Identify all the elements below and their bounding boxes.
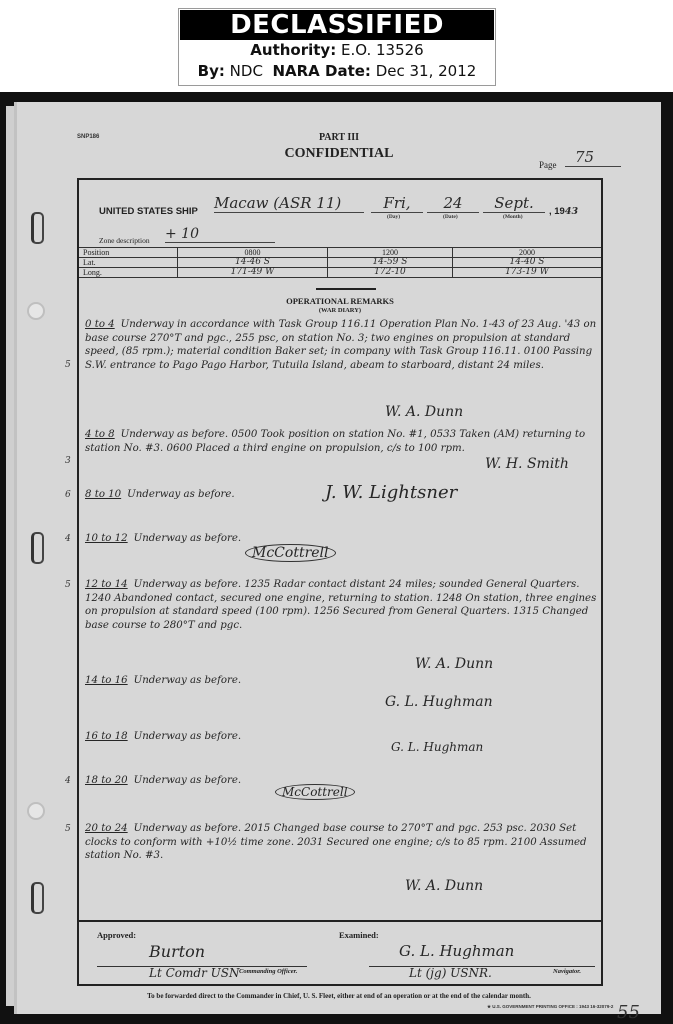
declassified-stamp: DECLASSIFIED Authority: E.O. 13526 By: N…: [178, 8, 496, 86]
watch-period: 0 to 4: [85, 319, 115, 330]
co-caption: Commanding Officer.: [239, 968, 297, 975]
navigator-rank: Lt (jg) USNR.: [409, 966, 492, 980]
by-label: By:: [198, 62, 225, 80]
commanding-officer-signature: Burton: [149, 942, 205, 961]
margin-count: 5: [65, 360, 71, 370]
approved-label: Approved:: [97, 930, 136, 940]
page-number: 75: [565, 148, 621, 167]
nara-date-label: NARA Date:: [272, 62, 370, 80]
entry-text: Underway as before.: [134, 675, 242, 686]
watch-officer-signature: G. L. Hughman: [391, 740, 483, 754]
watch-period: 4 to 8: [85, 429, 115, 440]
scanned-page: SNP186 PART III CONFIDENTIAL Page 75 UNI…: [0, 92, 673, 1024]
navigator-signature: G. L. Hughman: [399, 942, 514, 960]
watch-officer-signature: McCottrell: [245, 544, 336, 562]
lat-0800: 14-46 S: [178, 258, 328, 268]
watch-officer-signature: G. L. Hughman: [385, 694, 493, 710]
margin-count: 3: [65, 456, 71, 466]
position-table: Position 0800 1200 2000 Lat. 14-46 S 14-…: [79, 247, 601, 278]
watch-officer-signature: W. H. Smith: [485, 456, 569, 472]
diary-entry: 16 to 18Underway as before.: [85, 730, 597, 744]
entry-text: Underway as before. 0500 Took position o…: [85, 429, 585, 454]
ship-date: 24: [427, 194, 479, 213]
watch-officer-signature: W. A. Dunn: [405, 878, 483, 894]
examined-label: Examined:: [339, 930, 379, 940]
watch-period: 12 to 14: [85, 579, 128, 590]
nara-date-value: Dec 31, 2012: [376, 62, 477, 80]
margin-count: 4: [65, 534, 71, 544]
diary-entry: 14 to 16Underway as before.: [85, 674, 597, 688]
diary-entry: 10 to 12Underway as before.: [85, 532, 597, 546]
punch-hole-icon: [27, 302, 45, 320]
watch-period: 8 to 10: [85, 489, 121, 500]
diary-entry: 12 to 14Underway as before. 1235 Radar c…: [85, 578, 597, 632]
ship-month: Sept.: [483, 194, 545, 213]
time-header-2000: 2000: [452, 248, 601, 258]
forwarding-instruction: To be forwarded direct to the Commander …: [17, 992, 661, 1000]
ship-year: , 1943: [549, 206, 578, 217]
watch-officer-signature: W. A. Dunn: [415, 656, 493, 672]
long-label: Long.: [79, 268, 178, 278]
entry-text: Underway as before.: [134, 533, 242, 544]
diary-entry: 4 to 8Underway as before. 0500 Took posi…: [85, 428, 597, 455]
approval-section: Approved: Examined: Burton Lt Comdr USN …: [79, 920, 601, 986]
watch-period: 16 to 18: [85, 731, 128, 742]
ship-label: UNITED STATES SHIP: [99, 206, 198, 217]
stamp-authority: Authority: E.O. 13526: [179, 40, 495, 61]
stamp-by-date: By: NDC NARA Date: Dec 31, 2012: [179, 61, 495, 82]
table-header-row: Position 0800 1200 2000: [79, 248, 601, 258]
archive-number: 55: [617, 1002, 640, 1023]
remarks-subtitle: (WAR DIARY): [79, 307, 601, 314]
entry-text: Underway as before. 1235 Radar contact d…: [85, 579, 596, 631]
zone-value: + 10: [165, 226, 275, 243]
diary-entry: 20 to 24Underway as before. 2015 Changed…: [85, 822, 597, 863]
lat-1200: 14-59 S: [327, 258, 452, 268]
zone-label: Zone description: [99, 236, 150, 245]
margin-count: 5: [65, 580, 71, 590]
authority-value: E.O. 13526: [341, 41, 424, 59]
entry-text: Underway as before.: [134, 775, 242, 786]
margin-count: 4: [65, 776, 71, 786]
long-2000: 173-19 W: [452, 268, 601, 278]
divider: [316, 288, 376, 290]
co-signature-line: [97, 966, 307, 967]
date-caption: (Date): [443, 214, 458, 220]
long-0800: 171-49 W: [178, 268, 328, 278]
entry-text: Underway as before. 2015 Changed base co…: [85, 823, 587, 861]
lat-label: Lat.: [79, 258, 178, 268]
binder-clip-icon: [31, 212, 44, 244]
watch-period: 20 to 24: [85, 823, 128, 834]
table-row: Long. 171-49 W 172-10 173-19 W: [79, 268, 601, 278]
binder-clip-icon: [31, 532, 44, 564]
navigator-signature-line: [369, 966, 595, 967]
watch-officer-signature: J. W. Lightsner: [325, 482, 457, 503]
page-label: Page: [539, 160, 557, 170]
position-header: Position: [79, 248, 178, 258]
watch-period: 14 to 16: [85, 675, 128, 686]
month-caption: (Month): [503, 214, 523, 220]
war-diary-form: SNP186 PART III CONFIDENTIAL Page 75 UNI…: [14, 102, 661, 1014]
form-frame: UNITED STATES SHIP Macaw (ASR 11) Fri, 2…: [77, 178, 603, 986]
ship-day: Fri,: [371, 194, 423, 213]
entry-text: Underway as before.: [127, 489, 235, 500]
authority-label: Authority:: [250, 41, 336, 59]
time-header-1200: 1200: [327, 248, 452, 258]
stamp-title: DECLASSIFIED: [180, 10, 494, 40]
entry-text: Underway as before.: [134, 731, 242, 742]
table-row: Lat. 14-46 S 14-59 S 14-40 S: [79, 258, 601, 268]
margin-count: 6: [65, 490, 71, 500]
part-heading: PART III: [17, 132, 661, 143]
diary-entry: 0 to 4Underway in accordance with Task G…: [85, 318, 597, 372]
binder-clip-icon: [31, 882, 44, 914]
lat-2000: 14-40 S: [452, 258, 601, 268]
long-1200: 172-10: [327, 268, 452, 278]
margin-count: 5: [65, 824, 71, 834]
watch-officer-signature: McCottrell: [275, 784, 355, 800]
entry-text: Underway in accordance with Task Group 1…: [85, 319, 596, 371]
watch-officer-signature: W. A. Dunn: [385, 404, 463, 420]
ship-name: Macaw (ASR 11): [214, 194, 364, 213]
remarks-title: OPERATIONAL REMARKS: [79, 296, 601, 306]
watch-period: 10 to 12: [85, 533, 128, 544]
by-value: NDC: [230, 62, 263, 80]
punch-hole-icon: [27, 802, 45, 820]
day-caption: (Day): [387, 214, 400, 220]
navigator-caption: Navigator.: [553, 968, 581, 975]
commanding-officer-rank: Lt Comdr USN: [149, 966, 239, 980]
time-header-0800: 0800: [178, 248, 328, 258]
watch-period: 18 to 20: [85, 775, 128, 786]
printer-imprint: ★ U.S. GOVERNMENT PRINTING OFFICE : 1943…: [487, 1004, 613, 1010]
